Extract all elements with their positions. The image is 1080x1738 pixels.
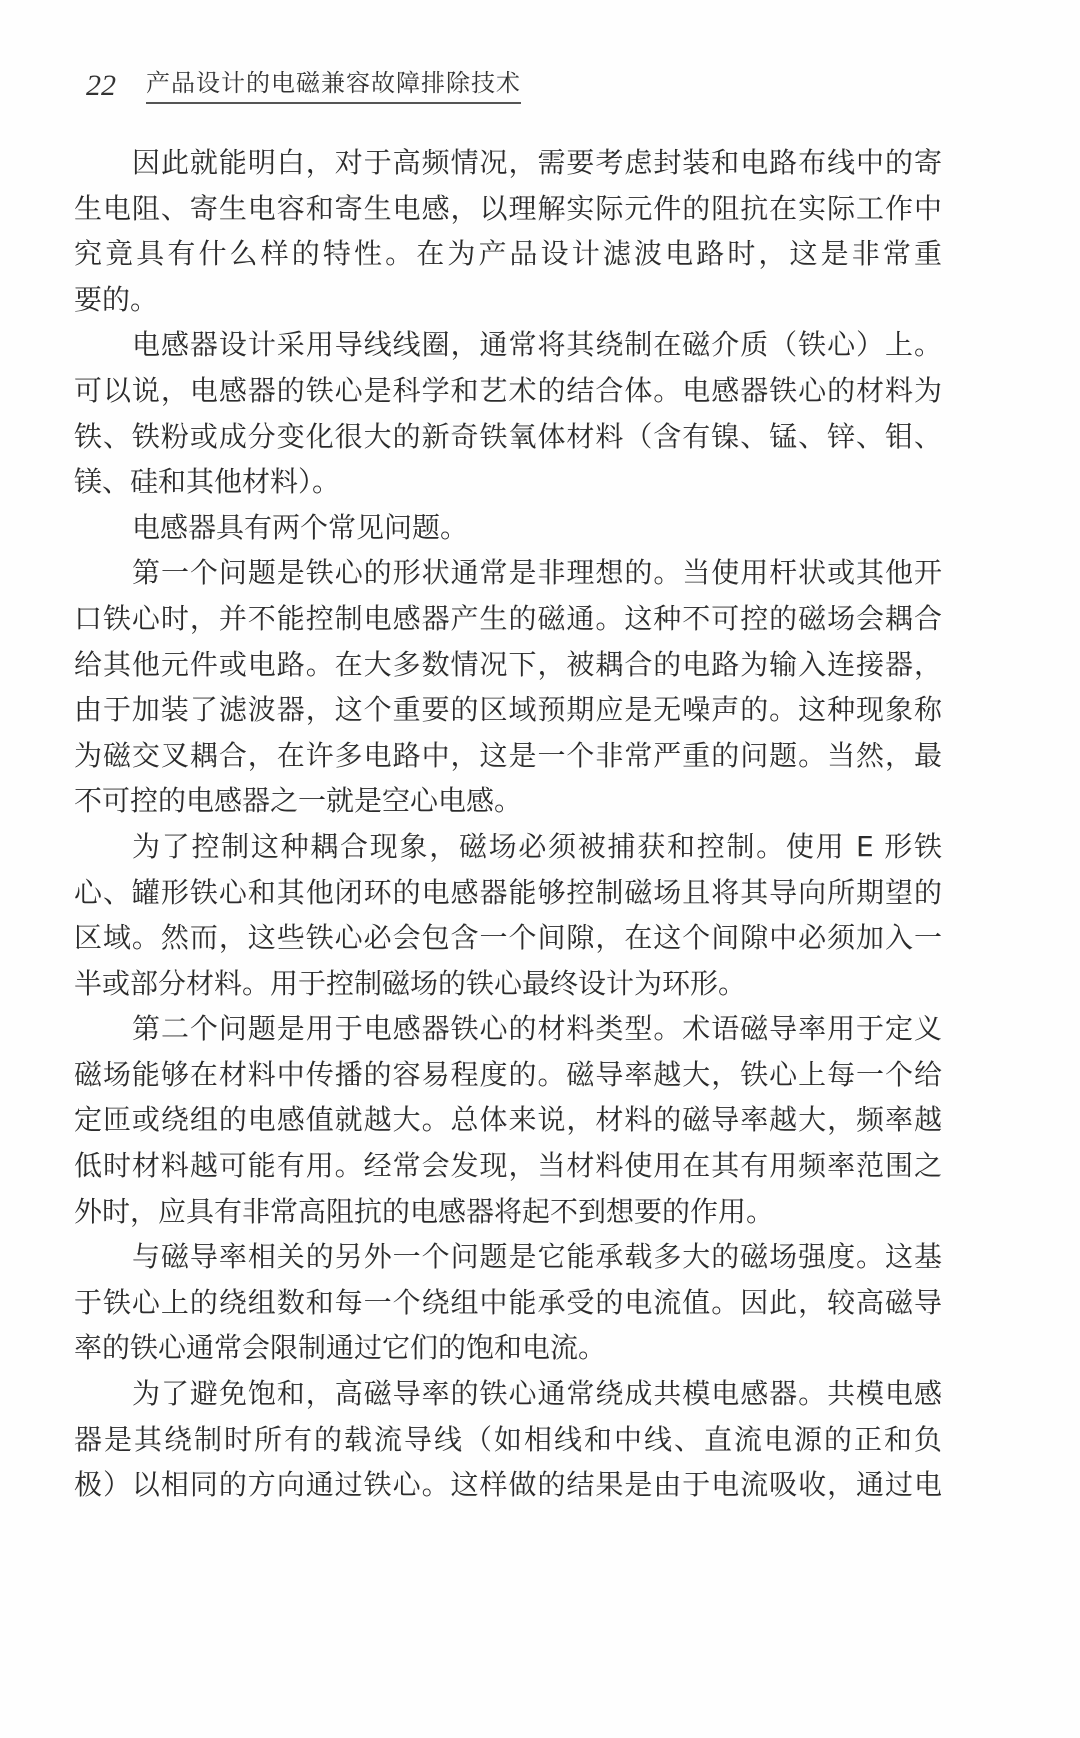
text-line: 区域。然而，这些铁心必会包含一个间隙，在这个间隙中必须加入一 — [74, 915, 942, 961]
text-line: 极）以相同的方向通过铁心。这样做的结果是由于电流吸收，通过电 — [74, 1462, 942, 1508]
text-line: 外时，应具有非常高阻抗的电感器将起不到想要的作用。 — [74, 1189, 942, 1235]
text-line: 镁、硅和其他材料）。 — [74, 459, 942, 505]
text-line: 器是其绕制时所有的载流导线（如相线和中线、直流电源的正和负 — [74, 1417, 942, 1463]
text-line: 为了避免饱和，高磁导率的铁心通常绕成共模电感器。共模电感 — [74, 1371, 942, 1417]
text-line: 与磁导率相关的另外一个问题是它能承载多大的磁场强度。这基 — [74, 1234, 942, 1280]
text-line: 率的铁心通常会限制通过它们的饱和电流。 — [74, 1325, 942, 1371]
text-line: 低时材料越可能有用。经常会发现，当材料使用在其有用频率范围之 — [74, 1143, 942, 1189]
text-line: 心、罐形铁心和其他闭环的电感器能够控制磁场且将其导向所期望的 — [74, 870, 942, 916]
text-line: 定匝或绕组的电感值就越大。总体来说，材料的磁导率越大，频率越 — [74, 1097, 942, 1143]
text-line: 铁、铁粉或成分变化很大的新奇铁氧体材料（含有镍、锰、锌、钼、 — [74, 414, 942, 460]
text-line: 究竟具有什么样的特性。在为产品设计滤波电路时，这是非常重 — [74, 231, 942, 277]
body-text: 因此就能明白，对于高频情况，需要考虑封装和电路布线中的寄生电阻、寄生电容和寄生电… — [74, 140, 942, 1508]
text-line: 第一个问题是铁心的形状通常是非理想的。当使用杆状或其他开 — [74, 550, 942, 596]
text-line: 为磁交叉耦合，在许多电路中，这是一个非常严重的问题。当然，最 — [74, 733, 942, 779]
text-line: 为了控制这种耦合现象，磁场必须被捕获和控制。使用 E 形铁 — [74, 824, 942, 870]
text-line: 第二个问题是用于电感器铁心的材料类型。术语磁导率用于定义 — [74, 1006, 942, 1052]
text-line: 于铁心上的绕组数和每一个绕组中能承受的电流值。因此，较高磁导 — [74, 1280, 942, 1326]
text-line: 口铁心时，并不能控制电感器产生的磁通。这种不可控的磁场会耦合 — [74, 596, 942, 642]
text-line: 电感器具有两个常见问题。 — [74, 505, 942, 551]
text-line: 生电阻、寄生电容和寄生电感，以理解实际元件的阻抗在实际工作中 — [74, 186, 942, 232]
running-title: 产品设计的电磁兼容故障排除技术 — [146, 66, 521, 104]
text-line: 要的。 — [74, 277, 942, 323]
text-line: 电感器设计采用导线线圈，通常将其绕制在磁介质（铁心）上。 — [74, 322, 942, 368]
text-line: 给其他元件或电路。在大多数情况下，被耦合的电路为输入连接器， — [74, 642, 942, 688]
page-header: 22 产品设计的电磁兼容故障排除技术 — [86, 64, 521, 104]
page-number: 22 — [86, 68, 146, 104]
text-line: 半或部分材料。用于控制磁场的铁心最终设计为环形。 — [74, 961, 942, 1007]
text-line: 因此就能明白，对于高频情况，需要考虑封装和电路布线中的寄 — [74, 140, 942, 186]
text-line: 可以说，电感器的铁心是科学和艺术的结合体。电感器铁心的材料为 — [74, 368, 942, 414]
text-line: 磁场能够在材料中传播的容易程度的。磁导率越大，铁心上每一个给 — [74, 1052, 942, 1098]
text-line: 由于加装了滤波器，这个重要的区域预期应是无噪声的。这种现象称 — [74, 687, 942, 733]
text-line: 不可控的电感器之一就是空心电感。 — [74, 778, 942, 824]
